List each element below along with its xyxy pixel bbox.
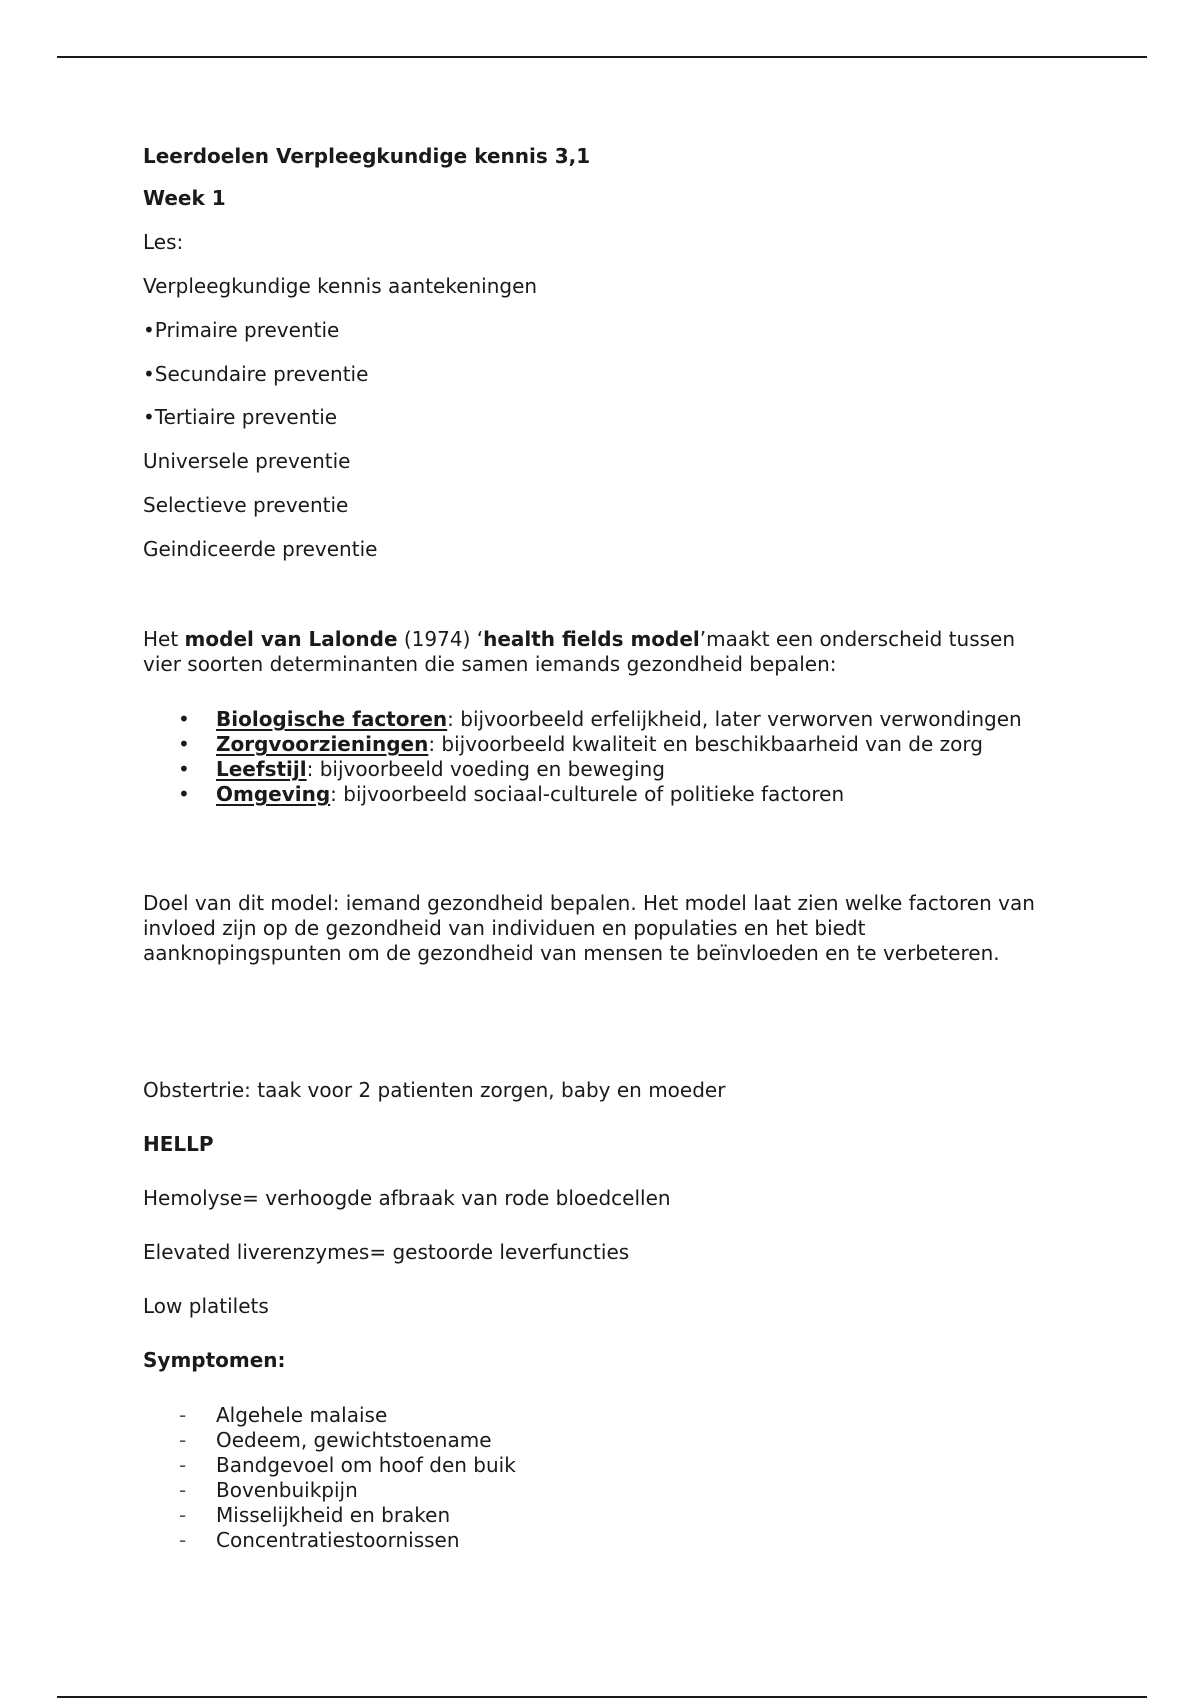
- prevention-bullet: •Tertiaire preventie: [143, 405, 337, 430]
- model-goal-paragraph: Doel van dit model: iemand gezondheid be…: [143, 891, 1038, 966]
- prevention-type: Universele preventie: [143, 449, 350, 474]
- dash-icon: -: [179, 1503, 186, 1528]
- week-heading: Week 1: [143, 186, 226, 211]
- prevention-type: Selectieve preventie: [143, 493, 348, 518]
- bullet-icon: •: [178, 757, 190, 782]
- obstetrie-note: Obstertrie: taak voor 2 patienten zorgen…: [143, 1078, 725, 1103]
- list-item: -Bandgevoel om hoof den buik: [143, 1453, 516, 1478]
- list-item: •Leefstijl: bijvoorbeeld voeding en bewe…: [143, 757, 1023, 782]
- list-item: •Biologische factoren: bijvoorbeeld erfe…: [143, 707, 1023, 732]
- dash-icon: -: [179, 1478, 186, 1503]
- dash-icon: -: [179, 1453, 186, 1478]
- document-title: Leerdoelen Verpleegkundige kennis 3,1: [143, 144, 590, 169]
- symptoms-list: -Algehele malaise -Oedeem, gewichtstoena…: [143, 1403, 516, 1553]
- dash-icon: -: [179, 1403, 186, 1428]
- notes-heading: Verpleegkundige kennis aantekeningen: [143, 274, 537, 299]
- footer-rule: [57, 1696, 1147, 1698]
- bullet-icon: •: [178, 782, 190, 807]
- determinant-term: Biologische factoren: [216, 707, 447, 731]
- list-item: -Bovenbuikpijn: [143, 1478, 516, 1503]
- symptoms-heading: Symptomen:: [143, 1348, 286, 1373]
- list-item: -Algehele malaise: [143, 1403, 516, 1428]
- list-item: -Oedeem, gewichtstoename: [143, 1428, 516, 1453]
- list-item: •Zorgvoorzieningen: bijvoorbeeld kwalite…: [143, 732, 1023, 757]
- list-item: -Concentratiestoornissen: [143, 1528, 516, 1553]
- prevention-bullet: •Primaire preventie: [143, 318, 339, 343]
- lalonde-model-term: model van Lalonde: [185, 627, 398, 651]
- determinants-list: •Biologische factoren: bijvoorbeeld erfe…: [143, 707, 1023, 807]
- dash-icon: -: [179, 1528, 186, 1553]
- hellp-line: Low platilets: [143, 1294, 269, 1319]
- determinant-term: Omgeving: [216, 782, 330, 806]
- determinant-term: Leefstijl: [216, 757, 307, 781]
- health-fields-term: health fields model: [483, 627, 700, 651]
- bullet-icon: •: [178, 732, 190, 757]
- dash-icon: -: [179, 1428, 186, 1453]
- header-rule: [57, 56, 1147, 58]
- les-label: Les:: [143, 230, 183, 255]
- lalonde-intro: Het model van Lalonde (1974) ‘health fie…: [143, 627, 1043, 677]
- hellp-line: Hemolyse= verhoogde afbraak van rode blo…: [143, 1186, 671, 1211]
- hellp-heading: HELLP: [143, 1132, 214, 1157]
- prevention-type: Geindiceerde preventie: [143, 537, 377, 562]
- list-item: -Misselijkheid en braken: [143, 1503, 516, 1528]
- hellp-line: Elevated liverenzymes= gestoorde leverfu…: [143, 1240, 629, 1265]
- list-item: •Omgeving: bijvoorbeeld sociaal-culturel…: [143, 782, 1023, 807]
- determinant-term: Zorgvoorzieningen: [216, 732, 428, 756]
- prevention-bullet: •Secundaire preventie: [143, 362, 368, 387]
- bullet-icon: •: [178, 707, 190, 732]
